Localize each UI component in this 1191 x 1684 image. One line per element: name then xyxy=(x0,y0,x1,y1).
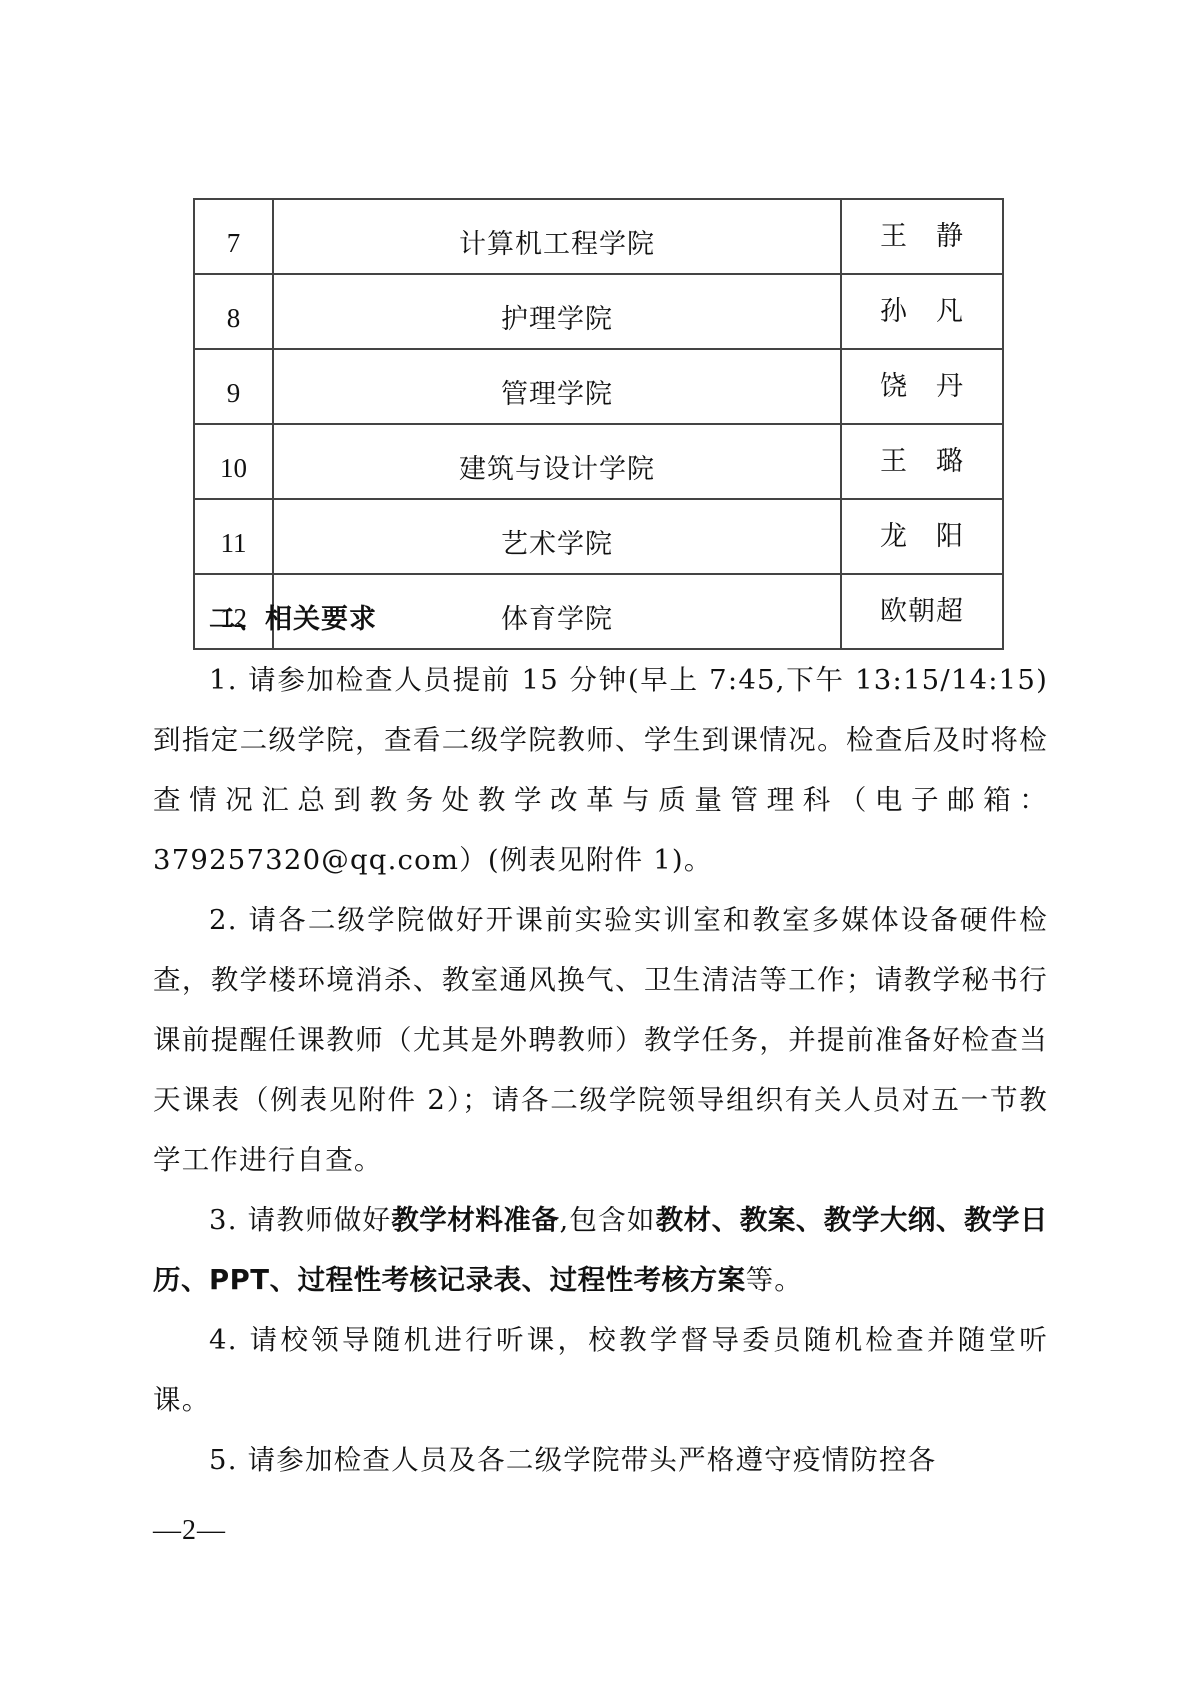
requirements-section: 二、相关要求 1. 请参加检查人员提前 15 分钟(早上 7:45,下午 13:… xyxy=(153,590,1048,1490)
college-name: 计算机工程学院 xyxy=(273,199,841,274)
inspector-name: 饶 丹 xyxy=(841,349,1003,424)
table-row: 10 建筑与设计学院 王 璐 xyxy=(194,424,1003,499)
item-3-text: 等。 xyxy=(746,1264,803,1296)
table-row: 11 艺术学院 龙 阳 xyxy=(194,499,1003,574)
row-number: 10 xyxy=(194,424,273,499)
row-number: 11 xyxy=(194,499,273,574)
table-row: 8 护理学院 孙 凡 xyxy=(194,274,1003,349)
inspection-assignment-table: 7 计算机工程学院 王 静 8 护理学院 孙 凡 9 管理学院 饶 丹 10 建… xyxy=(193,198,1004,650)
college-name: 艺术学院 xyxy=(273,499,841,574)
inspector-name: 王 静 xyxy=(841,199,1003,274)
college-name: 护理学院 xyxy=(273,274,841,349)
table-row: 9 管理学院 饶 丹 xyxy=(194,349,1003,424)
inspector-name: 王 璐 xyxy=(841,424,1003,499)
table-row: 7 计算机工程学院 王 静 xyxy=(194,199,1003,274)
page-number: —2— xyxy=(153,1515,226,1547)
row-number: 9 xyxy=(194,349,273,424)
inspector-name: 龙 阳 xyxy=(841,499,1003,574)
requirement-item-4: 4. 请校领导随机进行听课，校教学督导委员随机检查并随堂听课。 xyxy=(153,1310,1048,1430)
requirement-item-1: 1. 请参加检查人员提前 15 分钟(早上 7:45,下午 13:15/14:1… xyxy=(153,650,1048,890)
inspector-name: 孙 凡 xyxy=(841,274,1003,349)
item-3-text: ,包含如 xyxy=(559,1204,655,1236)
row-number: 8 xyxy=(194,274,273,349)
college-name: 建筑与设计学院 xyxy=(273,424,841,499)
requirement-item-3: 3. 请教师做好教学材料准备,包含如教材、教案、教学大纲、教学日历、PPT、过程… xyxy=(153,1190,1048,1310)
college-name: 管理学院 xyxy=(273,349,841,424)
section-heading: 二、相关要求 xyxy=(153,590,1048,650)
row-number: 7 xyxy=(194,199,273,274)
item-3-text: 3. 请教师做好 xyxy=(209,1204,391,1236)
item-3-bold-text: 教学材料准备 xyxy=(391,1204,559,1236)
requirement-item-5: 5. 请参加检查人员及各二级学院带头严格遵守疫情防控各 xyxy=(153,1430,1048,1490)
document-page: 7 计算机工程学院 王 静 8 护理学院 孙 凡 9 管理学院 饶 丹 10 建… xyxy=(0,0,1191,1684)
requirement-item-2: 2. 请各二级学院做好开课前实验实训室和教室多媒体设备硬件检查，教学楼环境消杀、… xyxy=(153,890,1048,1190)
